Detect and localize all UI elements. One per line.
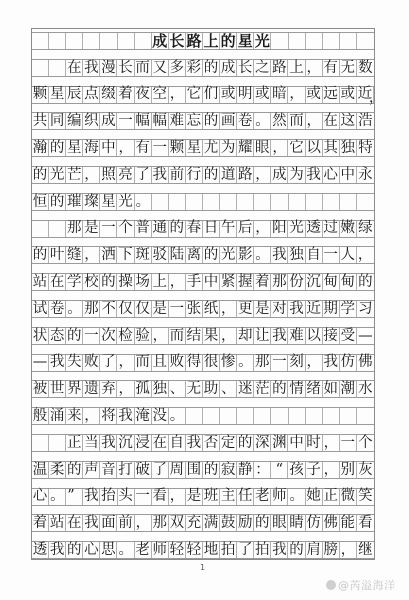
grid-cell: 甸 xyxy=(323,274,340,290)
grid-cell: 佛 xyxy=(357,355,374,371)
grid-cell xyxy=(32,33,49,49)
grid-cell: 的 xyxy=(254,515,271,531)
grid-cell: 检 xyxy=(117,328,134,344)
grid-cell: 彩 xyxy=(186,60,203,76)
grid-cell: 握 xyxy=(237,274,254,290)
grid-cell: 长 xyxy=(237,60,254,76)
grid-cell: ， xyxy=(117,355,134,371)
row-gap xyxy=(32,318,374,328)
grid-cell: 遗 xyxy=(83,381,100,397)
grid-cell: 我 xyxy=(83,489,100,505)
grid-cell: 期 xyxy=(323,301,340,317)
grid-cell xyxy=(49,33,66,49)
grid-cell: 刻 xyxy=(288,355,305,371)
grid-cell xyxy=(49,221,66,237)
grid-cell: 潮 xyxy=(340,381,357,397)
grid-cell: 卷 xyxy=(237,113,254,129)
grid-cell: 璀 xyxy=(66,194,83,210)
grid-cell: 且 xyxy=(152,355,169,371)
grid-cell: — xyxy=(32,355,49,371)
grid-cell: 那 xyxy=(271,274,288,290)
grid-cell: 绿 xyxy=(357,221,374,237)
grid-cell: 人 xyxy=(340,247,357,263)
grid-cell: 正 xyxy=(323,489,340,505)
grid-cell: 仿 xyxy=(306,515,323,531)
grid-cell xyxy=(220,408,237,424)
grid-cell xyxy=(357,194,374,210)
grid-cell: 个 xyxy=(117,221,134,237)
grid-cell: 一 xyxy=(83,328,100,344)
grid-cell: 无 xyxy=(186,381,203,397)
grid-cell: 茫 xyxy=(254,381,271,397)
grid-cell: 绪 xyxy=(306,381,323,397)
row-cells: 般涌来，将我淹没。 xyxy=(32,408,374,425)
grid-cell: 沉 xyxy=(117,435,134,451)
grid-cell: 验 xyxy=(135,328,152,344)
text-row: 着站在我面前，那双充满鼓励的眼睛仿佛能看 xyxy=(32,506,374,533)
grid-cell: 的 xyxy=(237,435,254,451)
grid-cell: 暗 xyxy=(271,87,288,103)
grid-cell: 子 xyxy=(306,462,323,478)
row-cells: 成长路上的星光 xyxy=(32,33,374,50)
grid-cell: ， xyxy=(83,167,100,183)
grid-cell: 的 xyxy=(203,167,220,183)
grid-cell: ， xyxy=(117,140,134,156)
row-gap xyxy=(32,506,374,516)
grid-cell: 仅 xyxy=(117,301,134,317)
grid-cell: 或 xyxy=(220,87,237,103)
row-gap xyxy=(32,532,374,542)
grid-cell: 迷 xyxy=(237,381,254,397)
text-row: 般涌来，将我淹没。 xyxy=(32,398,374,425)
grid-cell: ” xyxy=(66,489,83,505)
grid-cell: 、 xyxy=(169,381,186,397)
row-cells: 颗星辰点缀着夜空，它们或明或暗，或远或近， xyxy=(32,87,374,104)
grid-cell: 操 xyxy=(117,274,134,290)
grid-cell: 尤 xyxy=(203,140,220,156)
text-row: 共同编织成一幅幅难忘的画卷。然而，在这浩 xyxy=(32,104,374,131)
grid-cell: 涌 xyxy=(49,408,66,424)
grid-cell: 颗 xyxy=(32,87,49,103)
grid-cell: 孤 xyxy=(135,381,152,397)
grid-cell xyxy=(32,60,49,76)
grid-cell: 光 xyxy=(220,247,237,263)
grid-cell xyxy=(323,408,340,424)
grid-cell: 仿 xyxy=(340,355,357,371)
row-cells: 被世界遗弃，孤独、无助、迷茫的情绪如潮水 xyxy=(32,381,374,398)
grid-cell: 独 xyxy=(152,381,169,397)
row-cells: 试卷。那不仅仅是一张纸，更是对我近期学习 xyxy=(32,301,374,318)
grid-cell: 独 xyxy=(288,247,305,263)
grid-cell: 她 xyxy=(306,489,323,505)
grid-cell: 张 xyxy=(186,301,203,317)
grid-cell xyxy=(237,194,254,210)
grid-cell: 失 xyxy=(66,355,83,371)
grid-cell: 我 xyxy=(49,542,66,558)
row-gap xyxy=(32,425,374,435)
row-cells: 在我漫长而又多彩的成长之路上，有无数 xyxy=(32,60,374,77)
row-cells: 温柔的声音打破了周围的寂静：“孩子，别灰 xyxy=(32,462,374,479)
grid-cell: 惨 xyxy=(220,355,237,371)
grid-cell: 我 xyxy=(186,435,203,451)
grid-cell: 海 xyxy=(83,140,100,156)
grid-cell: 不 xyxy=(100,301,117,317)
grid-cell: 点 xyxy=(83,87,100,103)
grid-cell: ， xyxy=(306,355,323,371)
grid-cell xyxy=(49,435,66,451)
grid-cell: 面 xyxy=(100,515,117,531)
grid-cell: 们 xyxy=(203,87,220,103)
grid-cell xyxy=(289,33,306,49)
text-row: 颗星辰点缀着夜空，它们或明或暗，或远或近， xyxy=(32,77,374,104)
grid-cell: ， xyxy=(271,140,288,156)
grid-cell: 难 xyxy=(169,113,186,129)
grid-cell: 正 xyxy=(66,435,83,451)
grid-cell: 而 xyxy=(135,355,152,371)
text-row: 心。”我抬头一看，是班主任老师。她正微笑 xyxy=(32,479,374,506)
grid-cell: 上 xyxy=(152,274,169,290)
grid-cell xyxy=(186,408,203,424)
grid-cell: 着 xyxy=(254,274,271,290)
grid-cell: 近 xyxy=(306,301,323,317)
grid-cell: 我 xyxy=(323,355,340,371)
grid-cell: 行 xyxy=(186,167,203,183)
grid-cell: 肩 xyxy=(306,542,323,558)
grid-cell: 试 xyxy=(32,301,49,317)
grid-cell: 浩 xyxy=(357,113,374,129)
grid-cell: 。 xyxy=(254,247,271,263)
grid-cell: 、 xyxy=(220,381,237,397)
row-cells: 那是一个普通的春日午后，阳光透过嫩绿 xyxy=(32,221,374,238)
grid-cell: ， xyxy=(254,221,271,237)
grid-cell: 世 xyxy=(49,381,66,397)
grid-cell: 洒 xyxy=(100,247,117,263)
text-row: 的叶缝，洒下斑驳陆离的光影。我独自一人， xyxy=(32,238,374,265)
row-cells: 状态的一次检验，而结果，却让我难以接受— xyxy=(32,328,374,345)
grid-cell: 打 xyxy=(117,462,134,478)
row-cells: 的叶缝，洒下斑驳陆离的光影。我独自一人， xyxy=(32,247,374,264)
grid-cell: ， xyxy=(117,381,134,397)
grid-cell: 拍 xyxy=(254,542,271,558)
grid-cell: 恒 xyxy=(32,194,49,210)
grid-cell: 校 xyxy=(83,274,100,290)
grid-cell: 光 xyxy=(49,167,66,183)
grid-cell: 上 xyxy=(203,33,220,49)
grid-cell: 声 xyxy=(83,462,100,478)
row-gap xyxy=(32,264,374,274)
grid-cell xyxy=(83,33,100,49)
grid-cell: ， xyxy=(288,87,305,103)
row-cells: 着站在我面前，那双充满鼓励的眼睛仿佛能看 xyxy=(32,515,374,532)
grid-cell xyxy=(100,33,117,49)
grid-cell xyxy=(271,408,288,424)
grid-cell: 照 xyxy=(100,167,117,183)
grid-cell: 成 xyxy=(100,113,117,129)
grid-cell: 我 xyxy=(288,301,305,317)
grid-cell: 明 xyxy=(237,87,254,103)
text-row: 正当我沉浸在自我否定的深渊中时，一个 xyxy=(32,425,374,452)
text-row: 温柔的声音打破了周围的寂静：“孩子，别灰 xyxy=(32,452,374,479)
grid-cell: 数 xyxy=(357,60,374,76)
grid-cell: 手 xyxy=(186,274,203,290)
grid-cell xyxy=(323,33,340,49)
grid-cell: 仅 xyxy=(135,301,152,317)
page-number: 1 xyxy=(200,563,205,572)
grid-cell: 却 xyxy=(237,328,254,344)
grid-cell: 师 xyxy=(271,489,288,505)
text-row: 透我的心思。老师轻轻地拍了拍我的肩膀，继 xyxy=(32,532,374,559)
text-row: 那是一个普通的春日午后，阳光透过嫩绿 xyxy=(32,211,374,238)
grid-cell: 的 xyxy=(49,194,66,210)
grid-cell: 对 xyxy=(271,301,288,317)
grid-cell: 的 xyxy=(203,60,220,76)
grid-cell: 缝 xyxy=(66,247,83,263)
grid-cell: 来 xyxy=(66,408,83,424)
grid-cell: 璨 xyxy=(83,194,100,210)
grid-cell: 忘 xyxy=(186,113,203,129)
grid-cell xyxy=(66,33,83,49)
grid-cell: 心 xyxy=(83,542,100,558)
grid-cell: 的 xyxy=(203,462,220,478)
grid-cell xyxy=(203,408,220,424)
grid-cell: ， xyxy=(340,542,357,558)
text-row: 恒的璀璨星光。 xyxy=(32,184,374,211)
grid-cell: ， xyxy=(169,489,186,505)
grid-cell: 而 xyxy=(169,328,186,344)
grid-cell: 一 xyxy=(323,247,340,263)
grid-cell: 是 xyxy=(83,221,100,237)
grid-cell: 那 xyxy=(152,515,169,531)
grid-cell: 光 xyxy=(254,33,271,49)
grid-cell: 思 xyxy=(100,542,117,558)
grid-cell: 陆 xyxy=(169,247,186,263)
grid-cell: ， xyxy=(220,328,237,344)
grid-cell: 漫 xyxy=(100,60,117,76)
grid-cell: 笑 xyxy=(357,489,374,505)
grid-cell: 难 xyxy=(288,328,305,344)
grid-cell: “ xyxy=(271,462,288,478)
grid-cell: 了 xyxy=(152,462,169,478)
grid-cell: 学 xyxy=(340,301,357,317)
row-gap xyxy=(32,372,374,382)
grid-cell: 之 xyxy=(254,60,271,76)
text-row: 的光芒，照亮了我前行的道路，成为我心中永 xyxy=(32,157,374,184)
grid-cell: 沉 xyxy=(306,274,323,290)
grid-cell: 为 xyxy=(220,140,237,156)
grid-cell: 定 xyxy=(220,435,237,451)
grid-cell xyxy=(289,408,306,424)
grid-cell: 如 xyxy=(323,381,340,397)
grid-cell: 纸 xyxy=(203,301,220,317)
grid-cell: 织 xyxy=(83,113,100,129)
grid-cell: 地 xyxy=(203,542,220,558)
grid-cell: 它 xyxy=(186,87,203,103)
row-cells: 恒的璀璨星光。 xyxy=(32,194,374,211)
grid-cell: ， xyxy=(323,435,340,451)
row-gap xyxy=(32,184,374,194)
grid-cell: 又 xyxy=(152,60,169,76)
grid-cell: 是 xyxy=(254,301,271,317)
grid-cell: 为 xyxy=(288,167,305,183)
grid-cell: 我 xyxy=(83,515,100,531)
grid-cell: 幅 xyxy=(135,113,152,129)
grid-cell: 或 xyxy=(340,87,357,103)
grid-cell: 充 xyxy=(186,515,203,531)
row-gap xyxy=(32,130,374,140)
grid-cell: 很 xyxy=(203,355,220,371)
grid-cell: ： xyxy=(254,462,271,478)
grid-cell: 我 xyxy=(306,167,323,183)
grid-cell: ， xyxy=(357,247,374,263)
grid-cell xyxy=(340,408,357,424)
grid-cell: 老 xyxy=(135,542,152,558)
grid-cell: 的 xyxy=(203,247,220,263)
grid-cell: 的 xyxy=(271,381,288,397)
grid-cell: 特 xyxy=(357,140,374,156)
grid-cell: 静 xyxy=(237,462,254,478)
grid-cell: 辰 xyxy=(66,87,83,103)
grid-cell: 长 xyxy=(169,33,186,49)
grid-cell: 那 xyxy=(66,221,83,237)
grid-cell xyxy=(220,194,237,210)
grid-cell: 的 xyxy=(169,221,186,237)
grid-cell: 以 xyxy=(306,140,323,156)
grid-cell: 。 xyxy=(135,194,152,210)
grid-cell: 普 xyxy=(135,221,152,237)
grid-cell: 。 xyxy=(237,355,254,371)
grid-cell: 自 xyxy=(306,247,323,263)
grid-cell: 芒 xyxy=(66,167,83,183)
grid-cell: 或 xyxy=(306,87,323,103)
grid-cell: 结 xyxy=(186,328,203,344)
grid-cell: 围 xyxy=(186,462,203,478)
grid-cell: 那 xyxy=(254,355,271,371)
grid-cell: 果 xyxy=(203,328,220,344)
grid-cell xyxy=(169,194,186,210)
grid-cell: 站 xyxy=(32,274,49,290)
grid-cell: 这 xyxy=(340,113,357,129)
grid-cell: 亮 xyxy=(117,167,134,183)
grid-cell: 被 xyxy=(32,381,49,397)
row-cells: 的光芒，照亮了我前行的道路，成为我心中永 xyxy=(32,167,374,184)
grid-cell: 寂 xyxy=(220,462,237,478)
grid-cell: 。 xyxy=(66,301,83,317)
row-gap xyxy=(32,291,374,301)
grid-cell: 轻 xyxy=(169,542,186,558)
grid-cell: 抬 xyxy=(100,489,117,505)
grid-cell xyxy=(203,194,220,210)
grid-cell xyxy=(254,408,271,424)
grid-cell: 孩 xyxy=(288,462,305,478)
title-row: 成长路上的星光 xyxy=(32,29,374,50)
essay-page: 成长路上的星光在我漫长而又多彩的成长之路上，有无数颗星辰点缀着夜空，它们或明或暗… xyxy=(0,0,409,600)
grid-cell: 一 xyxy=(169,301,186,317)
grid-cell: 班 xyxy=(203,489,220,505)
grid-cell: 前 xyxy=(169,167,186,183)
grid-cell: 受 xyxy=(340,328,357,344)
grid-cell: 。 xyxy=(49,489,66,505)
watermark-text: @芮溢海洋 xyxy=(338,577,396,593)
row-cells: 瀚的星海中，有一颗星尤为耀眼，它以其独特 xyxy=(32,140,374,157)
grid-cell: 的 xyxy=(66,462,83,478)
text-row: 状态的一次检验，而结果，却让我难以接受— xyxy=(32,318,374,345)
grid-cell: 光 xyxy=(288,221,305,237)
row-cells: 正当我沉浸在自我否定的深渊中时，一个 xyxy=(32,435,374,452)
grid-cell: 紧 xyxy=(220,274,237,290)
grid-cell xyxy=(306,408,323,424)
grid-cell: 。 xyxy=(288,489,305,505)
grid-cell: 佛 xyxy=(323,515,340,531)
grid-cell: 光 xyxy=(117,194,134,210)
grid-cell: 次 xyxy=(100,328,117,344)
grid-cell: 了 xyxy=(135,167,152,183)
grid-cell: ， xyxy=(169,87,186,103)
grid-cell: 同 xyxy=(49,113,66,129)
grid-cell: 瀚 xyxy=(32,140,49,156)
grid-cell xyxy=(152,194,169,210)
grid-cell xyxy=(135,33,152,49)
grid-cell xyxy=(271,194,288,210)
grid-cell: 水 xyxy=(357,381,374,397)
grid-cell: 多 xyxy=(169,60,186,76)
grid-cell: 。 xyxy=(254,113,271,129)
grid-cell xyxy=(271,33,288,49)
grid-cell: 上 xyxy=(288,60,305,76)
grid-cell: 中 xyxy=(203,274,220,290)
grid-cell: 一 xyxy=(271,355,288,371)
grid-cell: 心 xyxy=(32,489,49,505)
grid-cell xyxy=(254,194,271,210)
grid-cell: 过 xyxy=(323,221,340,237)
grid-cell: 。 xyxy=(117,542,134,558)
grid-cell xyxy=(306,194,323,210)
grid-cell: ， xyxy=(220,301,237,317)
grid-cell: 颗 xyxy=(169,140,186,156)
grid-cell: 在 xyxy=(323,113,340,129)
grid-cell: 学 xyxy=(66,274,83,290)
grid-cell: ， xyxy=(152,328,169,344)
grid-cell: 是 xyxy=(186,489,203,505)
grid-cell: 成 xyxy=(152,33,169,49)
text-row: 被世界遗弃，孤独、无助、迷茫的情绪如潮水 xyxy=(32,372,374,399)
grid-cell: 鼓 xyxy=(220,515,237,531)
grid-cell: 场 xyxy=(135,274,152,290)
row-cells: 站在学校的操场上，手中紧握着那份沉甸甸的 xyxy=(32,274,374,291)
grid-cell: 一 xyxy=(117,113,134,129)
grid-cell: 我 xyxy=(100,435,117,451)
grid-cell: 其 xyxy=(323,140,340,156)
grid-cell: 长 xyxy=(117,60,134,76)
grid-cell: 午 xyxy=(220,221,237,237)
grid-cell: ， xyxy=(323,462,340,478)
grid-cell xyxy=(340,33,357,49)
grid-cell: 然 xyxy=(271,113,288,129)
grid-cell: 淹 xyxy=(135,408,152,424)
grid-cell xyxy=(32,435,49,451)
grid-cell xyxy=(186,194,203,210)
grid-cell: 的 xyxy=(32,167,49,183)
row-cells: 透我的心思。老师轻轻地拍了拍我的肩膀，继 xyxy=(32,542,374,559)
grid-cell: 灰 xyxy=(357,462,374,478)
grid-cell: 我 xyxy=(49,355,66,371)
grid-cell xyxy=(357,408,374,424)
grid-cell: 的 xyxy=(288,542,305,558)
grid-cell: ， xyxy=(306,60,323,76)
grid-cell: 星 xyxy=(49,87,66,103)
grid-cell: 没 xyxy=(152,408,169,424)
grid-cell: 在 xyxy=(49,274,66,290)
grid-cell xyxy=(323,194,340,210)
